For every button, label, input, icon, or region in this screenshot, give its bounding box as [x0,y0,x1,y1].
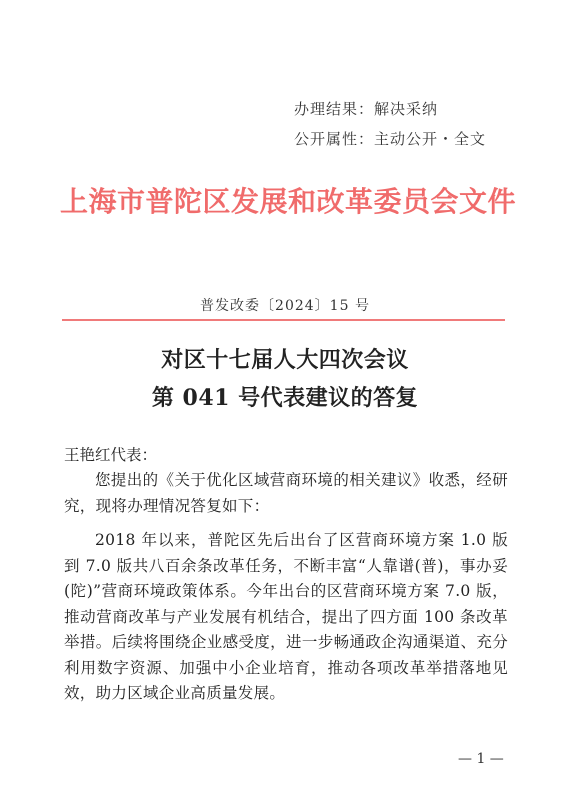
disclosure-attribute: 公开属性：主动公开・全文 [294,128,486,149]
document-title-line-2: 第 041 号代表建议的答复 [0,381,570,412]
body-paragraph-1: 您提出的《关于优化区域营商环境的相关建议》收悉，经研究，现将办理情况答复如下： [64,468,508,519]
body-paragraph-2: 2018 年以来，普陀区先后出台了区营商环境方案 1.0 版到 7.0 版共八百… [64,528,508,707]
org-title: 上海市普陀区发展和改革委员会文件 [60,180,520,220]
document-number: 普发改委〔2024〕15 号 [0,295,570,315]
salutation: 王艳红代表： [64,443,157,465]
document-title-line-1: 对区十七届人大四次会议 [0,343,570,374]
page-number: — 1 — [458,751,504,767]
red-divider-line [62,319,505,321]
handling-result: 办理结果：解决采纳 [294,98,438,119]
